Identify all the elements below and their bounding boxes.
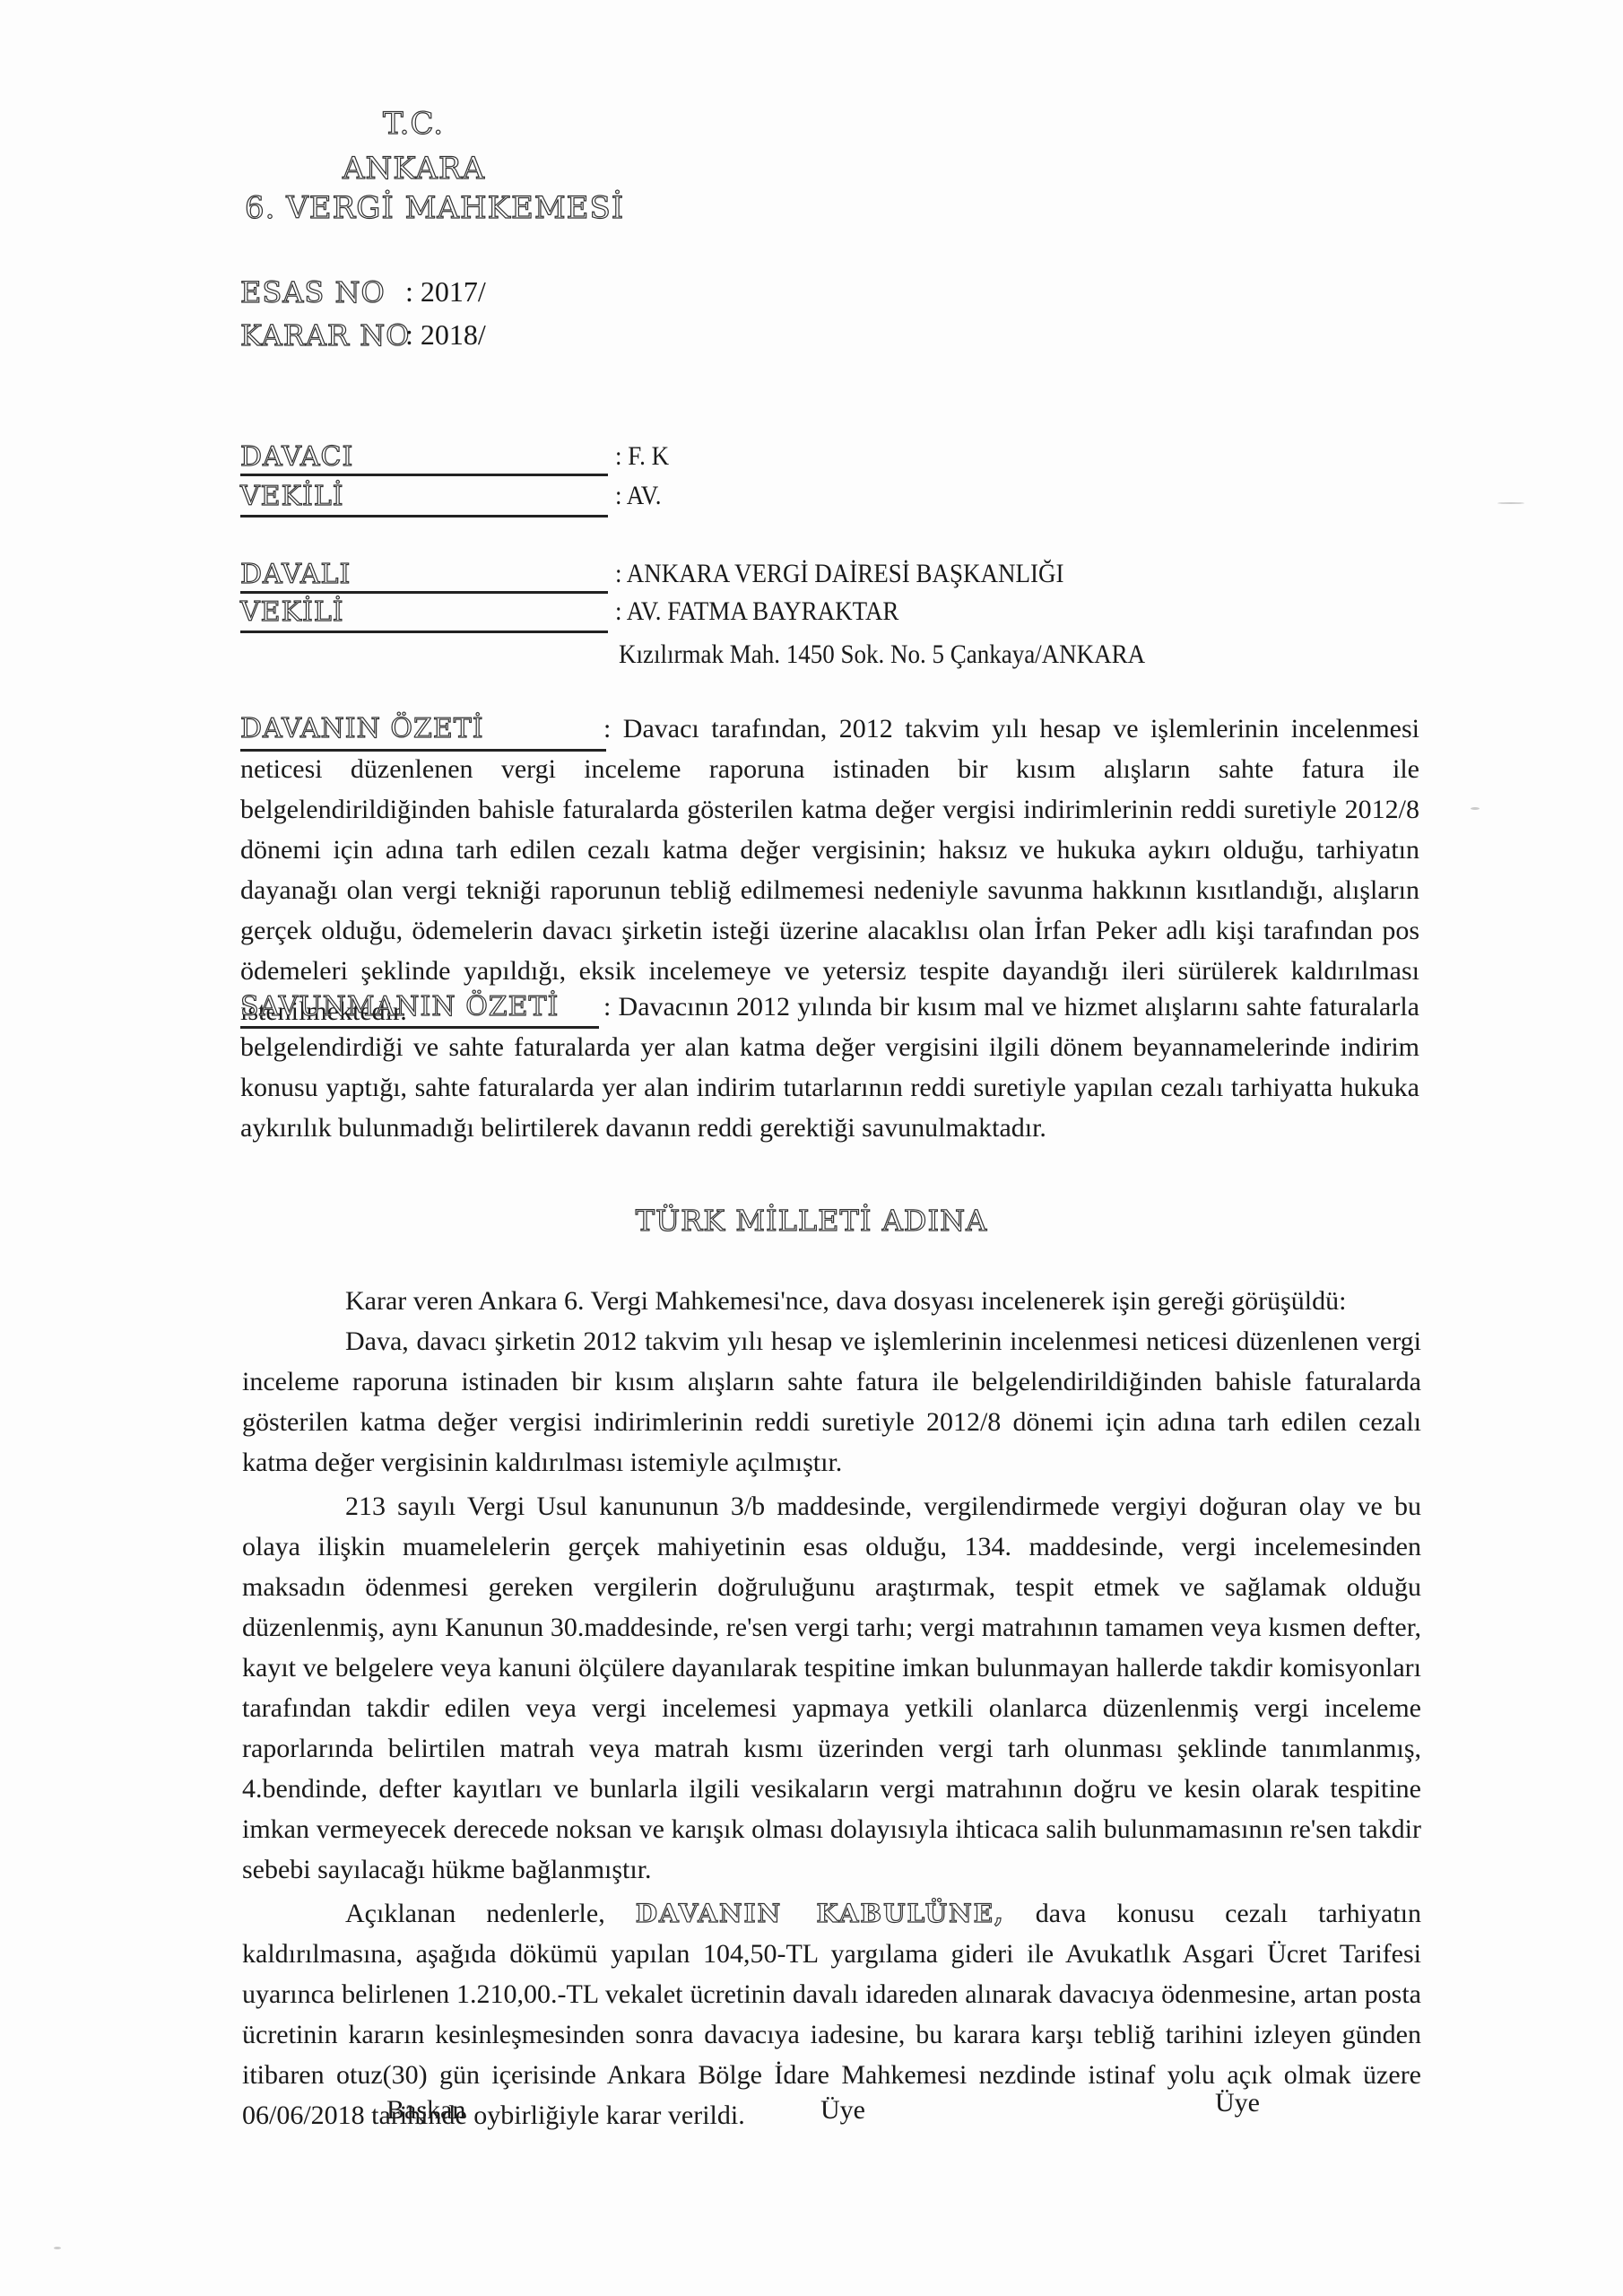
header-city: ANKARA [343,151,485,187]
paragraph: Karar veren Ankara 6. Vergi Mahkemesi'nc… [242,1281,1421,1321]
decision-body: Karar veren Ankara 6. Vergi Mahkemesi'nc… [242,1281,1421,2135]
party-value: : F. K [615,441,669,472]
party-value: : ANKARA VERGİ DAİRESİ BAŞKANLIĞI [615,559,1064,589]
heading-underline [240,1026,599,1029]
divider [240,631,608,633]
defendant-address: Kızılırmak Mah. 1450 Sok. No. 5 Çankaya/… [619,639,1145,670]
party-plaintiff: DAVACI : F. K [240,441,1406,481]
party-label: DAVACI [240,441,608,473]
decision-title: TÜRK MİLLETİ ADINA [0,1204,1623,1238]
scan-speck [1497,502,1524,504]
party-label: VEKİLİ [240,481,608,512]
divider [240,515,608,517]
scan-speck [1471,807,1480,810]
karar-no-label: KARAR NO [240,318,410,352]
karar-no-value: : 2018/ [405,318,486,352]
party-value: : AV. FATMA BAYRAKTAR [615,596,898,627]
header-tc: T.C. [383,106,444,142]
esas-no-label: ESAS NO [240,275,386,309]
section-defense-summary: SAVUNMANIN ÖZETİ: Davacının 2012 yılında… [240,987,1419,1148]
paragraph: 213 sayılı Vergi Usul kanununun 3/b madd… [242,1486,1421,1890]
party-label: VEKİLİ [240,596,608,628]
section-text: : Davacı tarafından, 2012 takvim yılı he… [240,714,1419,1026]
signature-member-2: Üye [1215,2088,1260,2118]
ruling-emphasis: DAVANIN KABULÜNE, [636,1899,1005,1928]
heading-underline [240,749,606,752]
signature-president: Başkan [386,2095,465,2126]
party-value: : AV. [615,481,662,511]
paragraph: Dava, davacı şirketin 2012 takvim yılı h… [242,1321,1421,1483]
esas-no-value: : 2017/ [405,275,486,309]
party-label: DAVALI [240,559,608,590]
divider [240,474,608,476]
signature-member-1: Üye [820,2095,865,2126]
document-page: T.C. ANKARA 6. VERGİ MAHKEMESİ ESAS NO :… [0,0,1623,2296]
section-heading: SAVUNMANIN ÖZETİ [240,987,603,1027]
party-plaintiff-attorney: VEKİLİ : AV. [240,481,1406,520]
header-court: 6. VERGİ MAHKEMESİ [245,190,624,226]
section-heading: DAVANIN ÖZETİ [240,709,603,749]
party-defendant: DAVALI : ANKARA VERGİ DAİRESİ BAŞKANLIĞI [240,559,1406,598]
section-claim-summary: DAVANIN ÖZETİ: Davacı tarafından, 2012 t… [240,709,1419,1031]
paragraph-text: Açıklanan nedenlerle, [345,1899,636,1928]
scan-speck [54,2247,61,2249]
divider [240,591,608,594]
party-defendant-attorney: VEKİLİ : AV. FATMA BAYRAKTAR [240,596,1406,636]
